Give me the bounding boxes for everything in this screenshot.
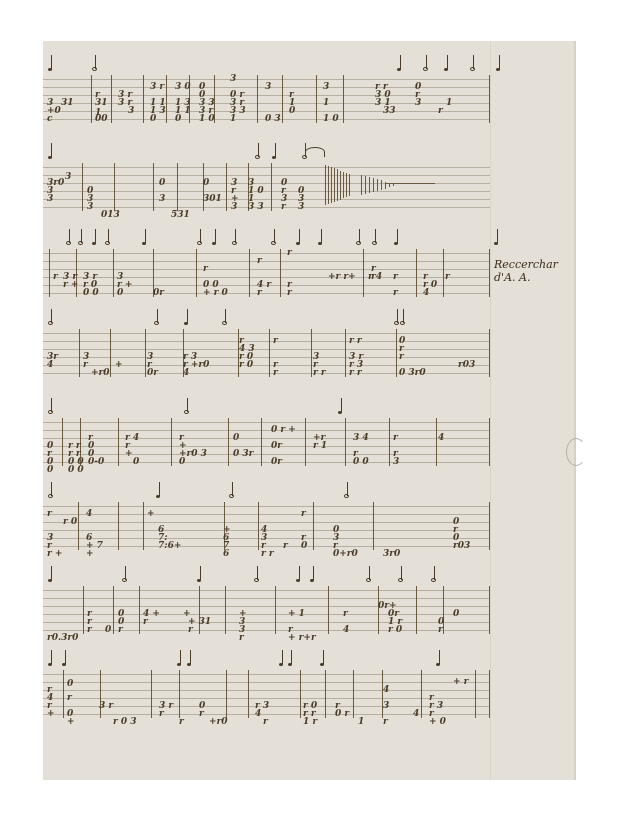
staff-line — [43, 590, 490, 591]
barline — [300, 670, 301, 718]
tablature-letter: r — [199, 710, 204, 719]
barline — [305, 418, 306, 466]
barline — [282, 75, 283, 123]
staff-line — [43, 506, 490, 507]
tablature-letter: 0 — [453, 610, 459, 619]
tablature-letter: 0 r + — [271, 426, 296, 435]
tablature-letter: 3 — [231, 203, 237, 212]
barline — [166, 75, 167, 123]
tablature-letter: 0 — [301, 542, 307, 551]
tablature-letter: r — [87, 626, 92, 635]
barline — [196, 249, 197, 297]
barline — [311, 329, 312, 377]
tablature-letter: 3 — [128, 107, 134, 116]
tablature-letter: c — [47, 115, 52, 124]
barline — [82, 163, 83, 211]
barline — [83, 586, 84, 634]
tablature-letter: r — [118, 626, 123, 635]
tablature-letter: 301 — [203, 195, 222, 204]
tablature-letter: r 4 — [368, 273, 382, 282]
tablature-letter: 0 — [203, 179, 209, 188]
rhythm-flag-icon — [51, 309, 52, 323]
barline — [118, 502, 119, 550]
tablature-letter: 0 0 — [68, 466, 84, 475]
tablature-letter: + 0 — [429, 718, 446, 727]
barline — [111, 75, 112, 123]
tablature-letter: r — [438, 626, 443, 635]
staff-line — [43, 191, 490, 192]
rhythm-flag-icon — [434, 566, 435, 580]
tablature-system: 3r03330330130353103013r+331 013 30r3r033 — [43, 137, 490, 227]
tablature-staff: 3r43r+r0+3r0rr 3r +r04r4 3r 0r 0rrr3rr r… — [43, 329, 490, 377]
tablature-letter: r — [239, 634, 244, 643]
tablature-letter: 0 — [289, 107, 295, 116]
rhythm-flag-icon — [215, 229, 216, 243]
tablature-letter: 1 — [446, 99, 452, 108]
tablature-letter: 0 0 — [83, 289, 99, 298]
staff-line — [43, 454, 490, 455]
binding-hole — [566, 438, 586, 466]
fermata-icon — [305, 147, 325, 157]
tablature-system: 0r00r rr r0 00 0r000-0r 4r+0r++r0 3000 3… — [43, 392, 490, 482]
tablature-letter: r03 — [458, 361, 475, 370]
tablature-letter: r — [273, 337, 278, 346]
tablature-letter: r — [445, 273, 450, 282]
rhythm-flag-icon — [397, 309, 398, 323]
tablature-letter: 4 — [255, 710, 261, 719]
rhythm-flag-icon — [235, 229, 236, 243]
tablature-letter: 0r — [147, 369, 158, 378]
tablature-staff: 0r00r rr r0 00 0r000-0r 4r+0r++r0 3000 3… — [43, 418, 490, 466]
staff-line — [43, 422, 490, 423]
rhythm-flag-icon — [190, 650, 191, 664]
tablature-letter: r03 — [453, 542, 470, 551]
tablature-letter: 1 0 — [199, 115, 215, 124]
barline — [62, 418, 63, 466]
tablature-letter: 31 — [61, 99, 74, 108]
rhythm-flag-icon — [95, 55, 96, 69]
barline — [421, 670, 422, 718]
tablature-letter: r — [257, 257, 262, 266]
tablature-letter: 3 — [87, 203, 93, 212]
tablature-letter: 4 — [86, 510, 92, 519]
rhythm-flag-icon — [473, 55, 474, 69]
tablature-letter: 0 — [67, 680, 73, 689]
tablature-letter: r — [383, 718, 388, 727]
barline — [269, 329, 270, 377]
barline — [63, 670, 64, 718]
rhythm-flag-icon — [258, 143, 259, 157]
staff-line — [43, 199, 490, 200]
rhythm-flag-icon — [225, 309, 226, 323]
rhythm-flag-icon — [403, 309, 404, 323]
tablature-letter: 0r — [153, 289, 164, 298]
rhythm-flag-icon — [323, 650, 324, 664]
rhythm-flag-icon — [51, 55, 52, 69]
tablature-letter: r 0 — [63, 518, 77, 527]
tablature-letter: r + — [63, 281, 78, 290]
rhythm-flag-icon — [497, 229, 498, 243]
tablature-system: r3 rr +3 rr 00 03r +00rr0 0+ r 0r4 rrrrr… — [43, 223, 490, 313]
tablature-letter: 0+r0 — [333, 550, 358, 559]
tablature-letter: 3r0 — [383, 550, 400, 559]
page-edge — [574, 41, 576, 780]
barline — [249, 249, 250, 297]
tablature-letter: r — [287, 289, 292, 298]
tablature-letter: 4 — [438, 434, 444, 443]
tablature-letter: 0 — [133, 458, 139, 467]
rhythm-flag-icon — [125, 566, 126, 580]
final-barline — [489, 670, 490, 718]
barline — [275, 586, 276, 634]
barline — [143, 502, 144, 550]
tablature-letter: 3 4 — [353, 434, 369, 443]
rhythm-flag-icon — [187, 398, 188, 412]
barline — [389, 418, 390, 466]
tablature-letter: 3 — [298, 203, 304, 212]
barline — [179, 670, 180, 718]
barline — [177, 163, 178, 211]
barline — [271, 163, 272, 211]
tablature-letter: + — [147, 510, 155, 519]
tablature-letter: 0 0 — [353, 458, 369, 467]
rhythm-flag-icon — [291, 650, 292, 664]
tablature-letter: 3 0 — [175, 83, 191, 92]
staff-line — [43, 714, 490, 715]
barline — [153, 163, 154, 211]
rhythm-flag-icon — [81, 229, 82, 243]
tablature-letter: r 0 3 — [113, 718, 137, 727]
tablature-letter: 3 — [265, 83, 271, 92]
rhythm-flag-icon — [274, 229, 275, 243]
barline — [118, 418, 119, 466]
staff-line — [43, 438, 490, 439]
barline — [171, 418, 172, 466]
staff-line — [43, 522, 490, 523]
staff-line — [43, 598, 490, 599]
rhythm-flag-icon — [282, 650, 283, 664]
tablature-letter: 0 — [150, 115, 156, 124]
tablature-letter: r — [283, 542, 288, 551]
tablature-letter: + — [86, 550, 94, 559]
tablature-letter: r — [53, 273, 58, 282]
piece-title-line2: d'A. A. — [494, 271, 558, 284]
final-barline — [489, 75, 490, 123]
rhythm-flag-icon — [275, 143, 276, 157]
tablature-letter: 6 — [223, 550, 229, 559]
tablature-letter: r — [188, 626, 193, 635]
rhythm-flag-icon — [145, 229, 146, 243]
rhythm-flag-icon — [447, 55, 448, 69]
rhythm-flag-icon — [187, 309, 188, 323]
manuscript-page: 3+0c31r311003 r3 r33 r1 11 303 01 31 100… — [43, 41, 576, 780]
barline — [325, 670, 326, 718]
tablature-letter: + r 0 — [203, 289, 228, 298]
rhythm-flag-icon — [499, 55, 500, 69]
staff-line — [43, 269, 490, 270]
tablature-staff: r3 rr +3 rr 00 03r +00rr0 0+ r 0r4 rrrrr… — [43, 249, 490, 297]
staff-line — [43, 674, 490, 675]
tablature-letter: + — [47, 710, 55, 719]
tablature-letter: r — [273, 369, 278, 378]
barline — [443, 249, 444, 297]
tablature-letter: 3 — [323, 83, 329, 92]
barline — [151, 670, 152, 718]
tablature-staff: 3r03330330130353103013r+331 013 30r3r033 — [43, 163, 490, 211]
rhythm-flag-icon — [69, 229, 70, 243]
tablature-letter: r — [203, 265, 208, 274]
rhythm-flag-icon — [232, 482, 233, 496]
barline — [225, 586, 226, 634]
rhythm-flag-icon — [157, 309, 158, 323]
tablature-letter: 31 — [95, 99, 108, 108]
rhythm-flag-icon — [51, 566, 52, 580]
tablature-letter: r — [263, 718, 268, 727]
tablature-staff: r0.3r0rrr000r4 +r++ 31r+33r+ 1r+ r+rr40r… — [43, 586, 490, 634]
tablature-letter: 531 — [171, 211, 190, 220]
rhythm-flag-icon — [51, 650, 52, 664]
barline — [316, 75, 317, 123]
barline — [79, 329, 80, 377]
tablature-system: r3rr +r 046+ 7++67:7:6++67643rr rrrr003r… — [43, 476, 490, 566]
barline — [113, 586, 114, 634]
barline — [113, 249, 114, 297]
tablature-letter: r — [257, 289, 262, 298]
staff-line — [43, 682, 490, 683]
tablature-letter: 4 — [183, 369, 189, 378]
rhythm-flag-icon — [426, 55, 427, 69]
tablature-letter: r r — [261, 550, 274, 559]
barline — [226, 670, 227, 718]
tablature-letter: r0.3r0 — [47, 634, 78, 643]
tablature-letter: 4 — [413, 710, 419, 719]
tablature-letter: 0 — [233, 434, 239, 443]
rhythm-flag-icon — [51, 143, 52, 157]
barline — [78, 502, 79, 550]
tablature-letter: r — [438, 107, 443, 116]
rhythm-flag-icon — [108, 229, 109, 243]
tablature-letter: r + — [47, 550, 62, 559]
tablature-letter: 0r — [271, 458, 282, 467]
rhythm-flag-icon — [95, 229, 96, 243]
rhythm-flag-icon — [51, 482, 52, 496]
tablature-letter: + — [67, 718, 75, 727]
staff-line — [43, 606, 490, 607]
staff-line — [43, 446, 490, 447]
rhythm-flag-icon — [400, 55, 401, 69]
tablature-letter: 3 — [383, 702, 389, 711]
rhythm-flag-icon — [347, 482, 348, 496]
staff-line — [43, 614, 490, 615]
final-barline — [489, 418, 490, 466]
final-barline — [489, 586, 490, 634]
barline — [110, 329, 111, 377]
tablature-letter: 4 — [383, 686, 389, 695]
tablature-letter: 1 — [358, 718, 364, 727]
tablature-letter: 0 3r — [233, 450, 253, 459]
tablature-letter: 00 — [95, 115, 108, 124]
staff-line — [43, 430, 490, 431]
final-barline — [489, 329, 490, 377]
tablature-letter: + — [115, 361, 123, 370]
tablature-letter: 3 — [415, 99, 421, 108]
tablature-letter: r — [393, 434, 398, 443]
tablature-letter: r — [393, 289, 398, 298]
tablature-letter: r 1 — [313, 442, 327, 451]
barline — [261, 418, 262, 466]
staff-line — [43, 261, 490, 262]
tablature-letter: r — [393, 273, 398, 282]
barline — [475, 670, 476, 718]
rhythm-flag-icon — [299, 566, 300, 580]
barline — [416, 586, 417, 634]
tablature-letter: 0 — [47, 466, 53, 475]
tablature-letter: 0 — [175, 115, 181, 124]
final-barline — [489, 502, 490, 550]
tablature-letter: + 1 — [288, 610, 305, 619]
rhythm-flag-icon — [180, 650, 181, 664]
staff-line — [43, 622, 490, 623]
tablature-letter: r 0 — [239, 361, 253, 370]
tablature-letter: r — [343, 610, 348, 619]
staff-line — [43, 514, 490, 515]
barline — [343, 75, 344, 123]
rhythm-flag-icon — [397, 229, 398, 243]
barline — [363, 249, 364, 297]
barline — [145, 329, 146, 377]
tablature-letter: 3 r — [99, 702, 113, 711]
tablature-letter: 3 — [159, 195, 165, 204]
piece-title: Reccerchar d'A. A. — [494, 258, 558, 284]
barline — [91, 75, 92, 123]
tablature-letter: 1 — [230, 115, 236, 124]
barline — [139, 586, 140, 634]
tablature-letter: 0r — [271, 442, 282, 451]
tablature-system: 3r43r+r0+3r0rr 3r +r04r4 3r 0r 0rrr3rr r… — [43, 303, 490, 393]
final-barline — [489, 249, 490, 297]
tablature-letter: r — [83, 361, 88, 370]
rhythm-flag-icon — [321, 229, 322, 243]
rhythm-flag-icon — [313, 566, 314, 580]
tablature-staff: 3+0c31r311003 r3 r33 r1 11 303 01 31 100… — [43, 75, 490, 123]
tablature-letter: 3 r — [150, 83, 164, 92]
tablature-letter: r r — [349, 369, 362, 378]
barline — [257, 75, 258, 123]
tablature-letter: 1 — [323, 99, 329, 108]
rhythm-flag-icon — [200, 229, 201, 243]
staff-line — [43, 175, 490, 176]
tablature-letter: 013 — [101, 211, 120, 220]
staff-right-margin — [490, 41, 491, 780]
tablature-letter: +r0 — [209, 718, 228, 727]
tablature-letter: 1 0 — [323, 115, 339, 124]
tablature-letter: r — [67, 694, 72, 703]
tablature-letter: + r+r — [288, 634, 316, 643]
tablature-letter: 0 — [105, 626, 111, 635]
barline — [345, 329, 346, 377]
rhythm-flag-icon — [159, 482, 160, 496]
tablature-letter: 0 — [117, 289, 123, 298]
tablature-letter: 0 r — [335, 710, 349, 719]
rhythm-flag-icon — [369, 566, 370, 580]
staff-line — [43, 462, 490, 463]
barline — [49, 249, 50, 297]
tablature-letter: 3 — [47, 195, 53, 204]
staff-line — [43, 690, 490, 691]
tablature-system: 3+0c31r311003 r3 r33 r1 11 303 01 31 100… — [43, 49, 490, 139]
barline — [280, 249, 281, 297]
staff-line — [43, 253, 490, 254]
tablature-letter: r — [399, 353, 404, 362]
tablature-letter: 0 3r0 — [399, 369, 426, 378]
tablature-letter: r r — [313, 369, 326, 378]
tablature-letter: +r r+ — [328, 273, 356, 282]
tablature-letter: r — [281, 203, 286, 212]
barline — [353, 670, 354, 718]
barline — [416, 249, 417, 297]
rhythm-flag-icon — [51, 398, 52, 412]
rhythm-flag-icon — [200, 566, 201, 580]
staff-line — [43, 698, 490, 699]
tablature-letter: 1 r — [303, 718, 317, 727]
barline — [226, 163, 227, 211]
rhythm-flag-icon — [65, 650, 66, 664]
tablature-letter: 4 — [47, 361, 53, 370]
tablature-letter: r r — [349, 337, 362, 346]
tablature-letter: 0 — [159, 179, 165, 188]
barline — [313, 502, 314, 550]
tablature-letter: 0 — [179, 458, 185, 467]
rhythm-flag-icon — [299, 229, 300, 243]
rhythm-flag-icon — [341, 398, 342, 412]
tablature-letter: r — [179, 718, 184, 727]
tablature-letter: 33 — [383, 107, 396, 116]
rhythm-flag-icon — [401, 566, 402, 580]
tablature-letter: 3 — [65, 173, 71, 182]
tablature-letter: + r — [453, 678, 468, 687]
staff-line — [43, 207, 490, 208]
tablature-letter: +r0 — [91, 369, 110, 378]
piece-title-line1: Reccerchar — [494, 258, 558, 271]
tablature-staff: r4r+0r0+3 rr 0 33 rrr0r+r0r 34rr 0r r1 r… — [43, 670, 490, 718]
tablature-system: r0.3r0rrr000r4 +r++ 31r+33r+ 1r+ r+rr40r… — [43, 560, 490, 650]
tablature-letter: r — [287, 249, 292, 258]
tablature-letter: r — [143, 618, 148, 627]
rhythm-flag-icon — [257, 566, 258, 580]
barline — [143, 75, 144, 123]
tablature-letter: + — [125, 450, 133, 459]
barline — [258, 502, 259, 550]
rhythm-flag-icon — [375, 229, 376, 243]
rhythm-flag-icon — [439, 650, 440, 664]
tablature-system: r4r+0r0+3 rr 0 33 rrr0r+r0r 34rr 0r r1 r… — [43, 644, 490, 734]
rhythm-flag-icon — [359, 229, 360, 243]
barline — [248, 670, 249, 718]
tablature-staff: r3rr +r 046+ 7++67:7:6++67643rr rrrr003r… — [43, 502, 490, 550]
tablature-letter: 0-0 — [88, 458, 104, 467]
tablature-letter: 0 3 — [265, 115, 281, 124]
tablature-letter: 3 3 — [248, 203, 264, 212]
tablature-letter: r — [301, 510, 306, 519]
tablature-letter: 4 — [423, 289, 429, 298]
tablature-letter: 3 — [230, 75, 236, 84]
tablature-letter: 7:6+ — [158, 542, 181, 551]
barline — [396, 329, 397, 377]
tablature-letter: 4 — [343, 626, 349, 635]
barline — [114, 163, 115, 211]
tablature-letter: r — [47, 510, 52, 519]
barline — [228, 418, 229, 466]
